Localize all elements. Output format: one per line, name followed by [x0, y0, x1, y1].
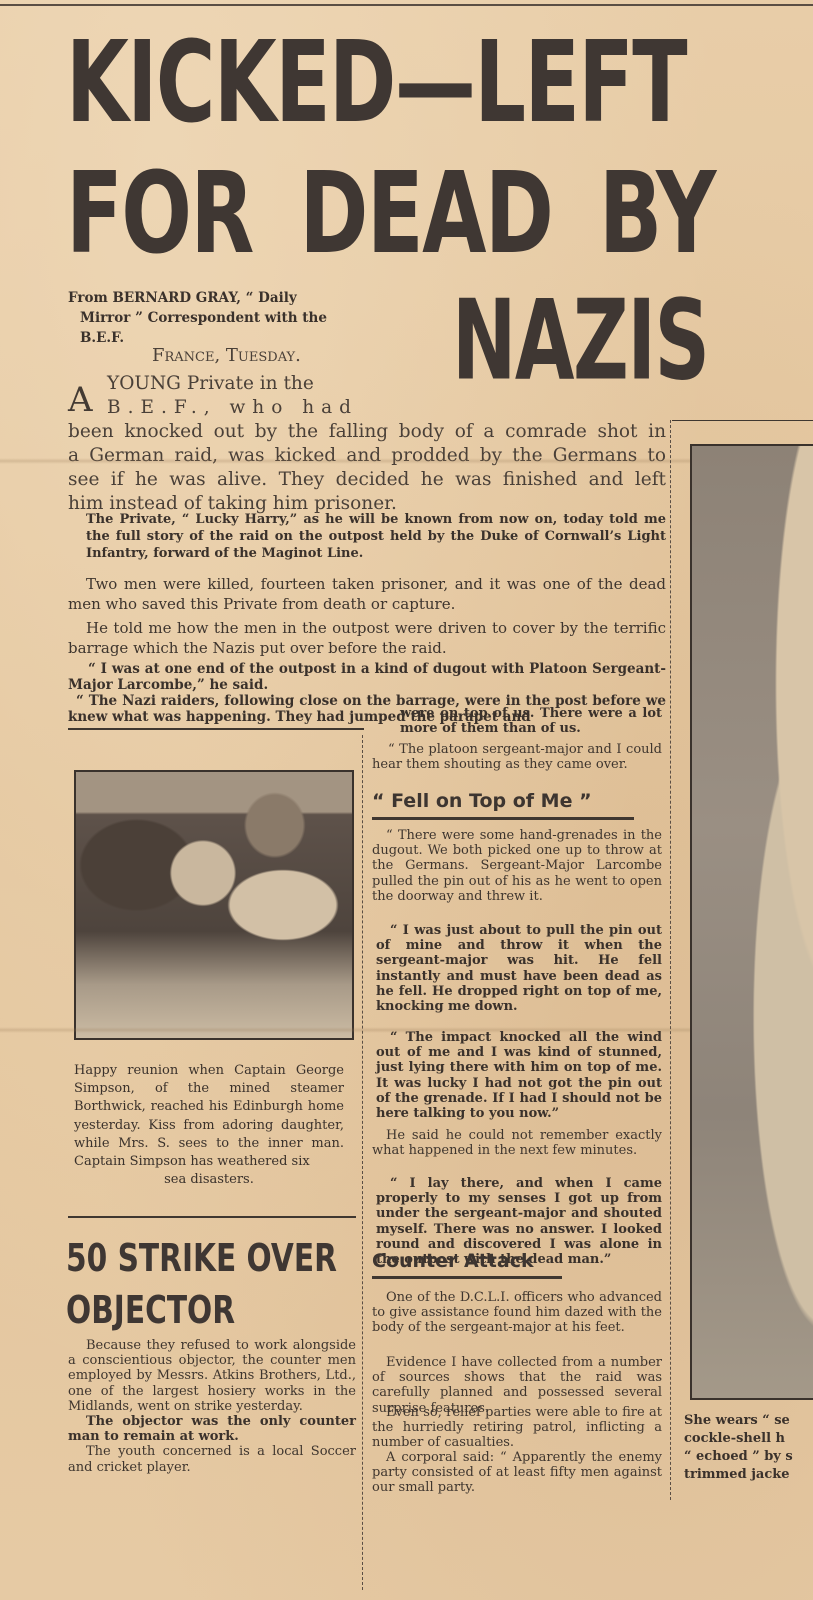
column-paragraph: He said he could not remember exactly wh… [372, 1128, 662, 1158]
side-caption-line: She wears “ se [684, 1412, 813, 1430]
subhead-underline [372, 817, 634, 820]
column-paragraph: A corporal said: “ Apparently the enemy … [372, 1450, 662, 1496]
strike-headline-line: OBJECTOR [66, 1284, 337, 1336]
lead-line: see if he was alive. They decided he was… [68, 468, 666, 492]
subhead-counter-attack: Counter Attack [372, 1250, 534, 1272]
photo-caption: Happy reunion when Captain George Simpso… [74, 1062, 344, 1189]
headline-line-2: FOR DEAD BY [66, 157, 715, 269]
column-paragraph: Even so, relief parties were able to fir… [372, 1405, 662, 1451]
side-caption-line: trimmed jacke [684, 1466, 813, 1484]
section-divider [68, 1216, 356, 1218]
byline: From BERNARD GRAY, “ Daily Mirror ” Corr… [68, 288, 368, 348]
column-rule [670, 420, 671, 1500]
lead-line: been knocked out by the falling body of … [68, 420, 666, 444]
subhead-fell-on-top: “ Fell on Top of Me ” [372, 790, 592, 812]
strike-paragraph: The youth concerned is a local Soccer an… [68, 1444, 356, 1474]
fashion-photo [690, 444, 813, 1400]
bold-intro-paragraph: The Private, “ Lucky Harry,” as he will … [86, 511, 666, 562]
strike-headline: 50 STRIKE OVER OBJECTOR [66, 1232, 337, 1336]
quote-paragraph: “ I was at one end of the outpost in a k… [68, 661, 666, 693]
photo-caption-text: Happy reunion when Captain George Simpso… [74, 1063, 344, 1169]
subhead-underline [372, 1276, 562, 1279]
lead-line: a German raid, was kicked and prodded by… [68, 444, 666, 468]
side-caption: She wears “ se cockle-shell h “ echoed ”… [684, 1412, 813, 1484]
headline-line-1: KICKED—LEFT [66, 26, 686, 138]
column-paragraph: “ There were some hand-grenades in the d… [372, 828, 662, 904]
strike-paragraph: Because they refused to work alongside a… [68, 1338, 356, 1414]
drop-cap: A [68, 380, 93, 420]
byline-line: Mirror ” Correspondent with the [68, 308, 368, 328]
reunion-photo [74, 770, 354, 1040]
column-rule [362, 735, 363, 1590]
continuation-text: were on top of us. There were a lot more… [400, 706, 662, 736]
body-paragraph: He told me how the men in the outpost we… [68, 618, 666, 658]
column-paragraph: “ I was just about to pull the pin out o… [376, 923, 662, 1014]
page-top-rule [0, 4, 813, 6]
column-paragraph: “ The platoon sergeant-major and I could… [372, 742, 662, 772]
lead-line: B.E.F., who had [107, 397, 358, 418]
lead-paragraph: been knocked out by the falling body of … [68, 420, 666, 516]
side-caption-line: “ echoed ” by s [684, 1448, 813, 1466]
section-divider [672, 420, 813, 421]
column-paragraph: “ The impact knocked all the wind out of… [376, 1030, 662, 1121]
headline-line-3: NAZIS [452, 285, 708, 395]
dateline: France, Tuesday. [152, 345, 301, 366]
strike-headline-line: 50 STRIKE OVER [66, 1232, 337, 1284]
body-paragraph: Two men were killed, fourteen taken pris… [68, 574, 666, 614]
strike-paragraph: The objector was the only counter man to… [68, 1414, 356, 1444]
column-paragraph: One of the D.C.L.I. officers who advance… [372, 1290, 662, 1336]
byline-line: From BERNARD GRAY, “ Daily [68, 288, 368, 308]
side-caption-line: cockle-shell h [684, 1430, 813, 1448]
strike-story-body: Because they refused to work alongside a… [68, 1338, 356, 1475]
lead-line: YOUNG Private in the [107, 373, 314, 395]
photo-caption-last-line: sea disasters. [74, 1171, 344, 1189]
section-divider [68, 728, 364, 730]
